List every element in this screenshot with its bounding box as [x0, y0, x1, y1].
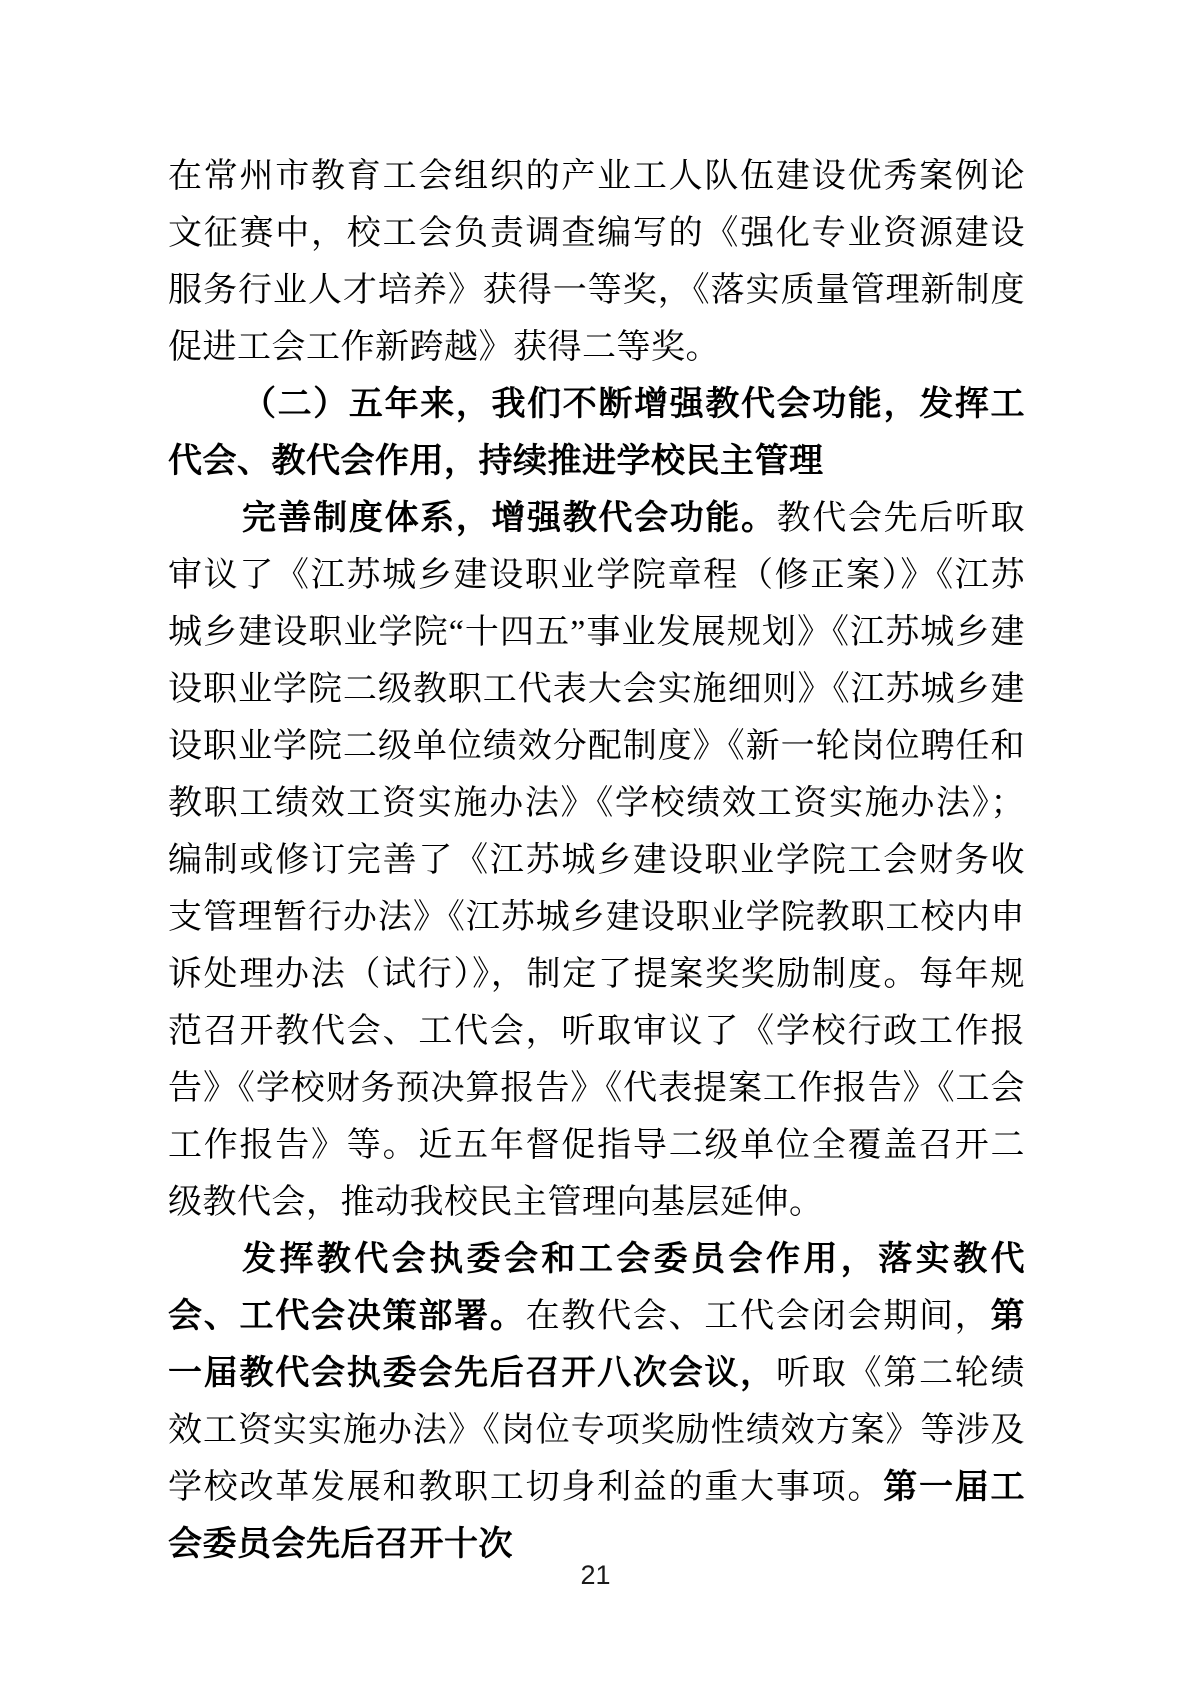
text-run: 在常州市教育工会组织的产业工人队伍建设优秀案例论文征赛中，校工会负责调查编写的《… — [168, 158, 1025, 366]
bold-text-run: 完善制度体系，增强教代会功能。 — [242, 500, 777, 537]
bold-text-run: （二）五年来，我们不断增强教代会功能，发挥工代会、教代会作用，持续推进学校民主管… — [168, 386, 1025, 480]
text-run: 在教代会、工代会闭会期间， — [526, 1298, 991, 1335]
document-body: 在常州市教育工会组织的产业工人队伍建设优秀案例论文征赛中，校工会负责调查编写的《… — [168, 148, 1025, 1573]
page-footer: 21 — [0, 1560, 1191, 1591]
section-heading-2: （二）五年来，我们不断增强教代会功能，发挥工代会、教代会作用，持续推进学校民主管… — [168, 376, 1025, 490]
text-run: 教代会先后听取审议了《江苏城乡建设职业学院章程（修正案）》《江苏城乡建设职业学院… — [168, 500, 1025, 1221]
page-number: 21 — [580, 1560, 610, 1590]
para-awards-continuation: 在常州市教育工会组织的产业工人队伍建设优秀案例论文征赛中，校工会负责调查编写的《… — [168, 148, 1025, 376]
document-page: 在常州市教育工会组织的产业工人队伍建设优秀案例论文征赛中，校工会负责调查编写的《… — [0, 0, 1191, 1684]
para-system-improvement: 完善制度体系，增强教代会功能。教代会先后听取审议了《江苏城乡建设职业学院章程（修… — [168, 490, 1025, 1231]
para-committee-role: 发挥教代会执委会和工会委员会作用，落实教代会、工代会决策部署。在教代会、工代会闭… — [168, 1231, 1025, 1573]
